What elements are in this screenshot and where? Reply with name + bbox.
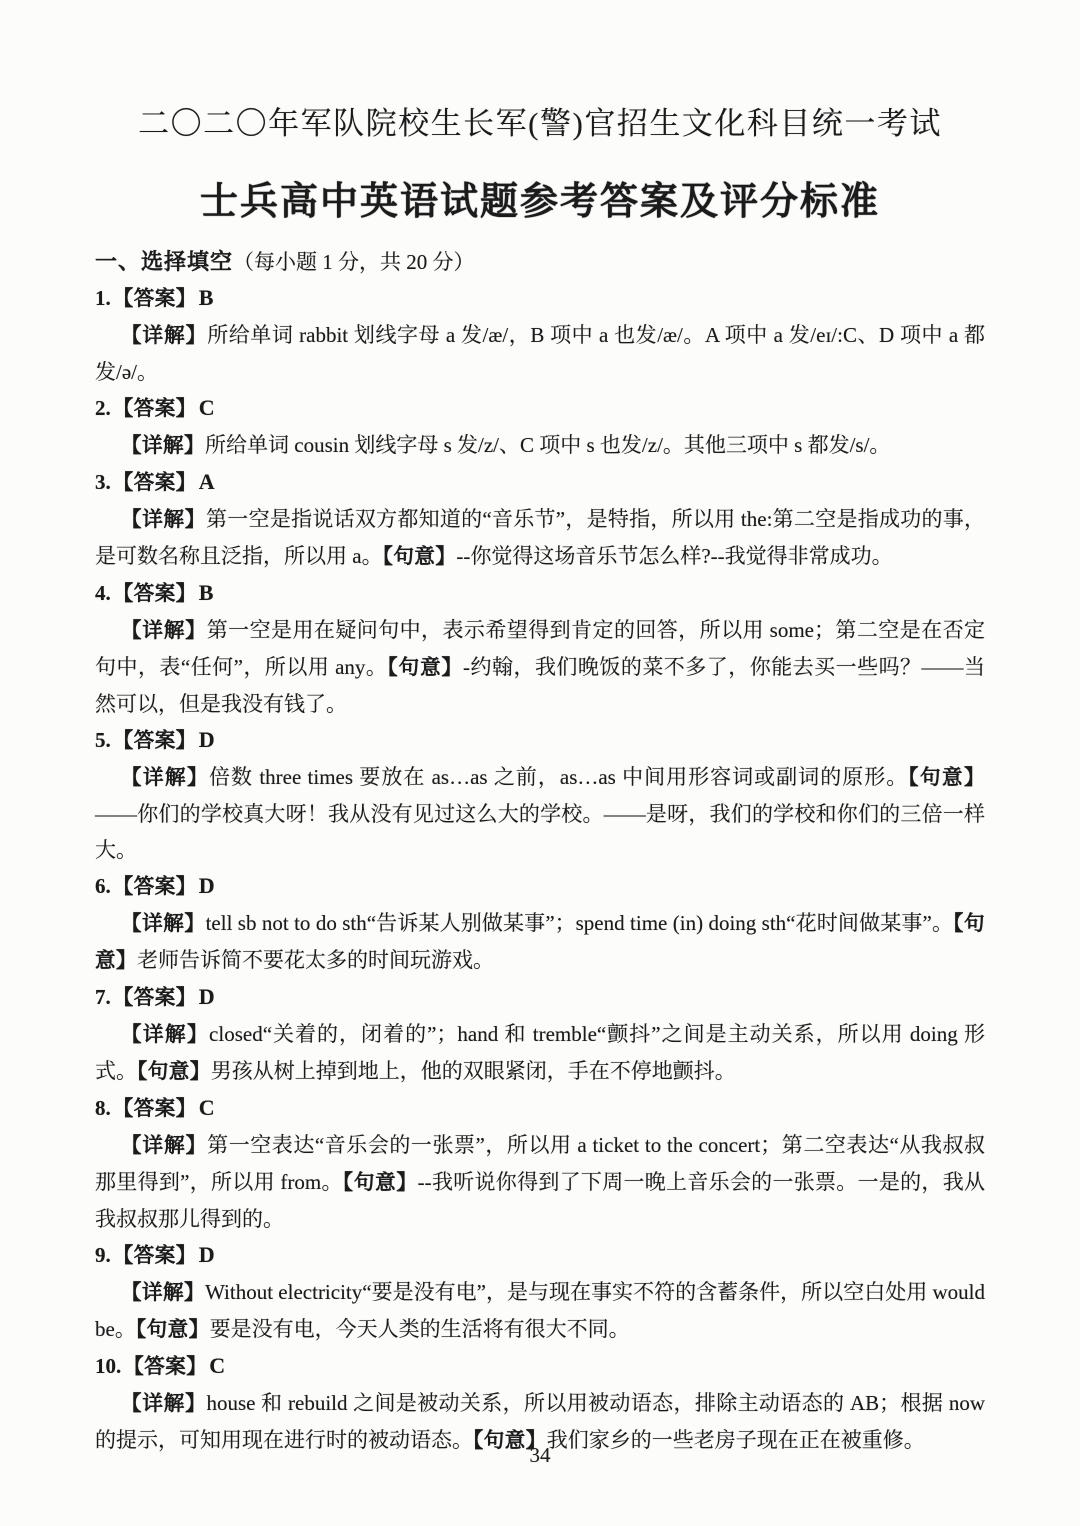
answer-item: 9.【答案】D 【详解】Without electricity“要是没有电”，是… — [95, 1237, 985, 1348]
detail-text: tell sb not to do sth“告诉某人别做某事”；spend ti… — [206, 911, 954, 935]
document-page: 二〇二〇年军队院校生长军(警)官招生文化科目统一考试 士兵高中英语试题参考答案及… — [0, 0, 1080, 1526]
page-number: 34 — [0, 1443, 1080, 1468]
sentence-text: 男孩从树上掉到地上，他的双眼紧闭，手在不停地颤抖。 — [211, 1059, 736, 1083]
detail-label: 【详解】 — [121, 1134, 207, 1157]
answer-line: 6.【答案】D — [95, 868, 985, 905]
answer-label: 【答案】 — [113, 1244, 197, 1267]
answer-number: 3. — [95, 470, 113, 494]
answer-number: 4. — [95, 581, 113, 605]
answer-letter: D — [197, 727, 215, 752]
answer-line: 4.【答案】B — [95, 575, 985, 612]
sentence-label: 【句意】 — [136, 1318, 210, 1341]
answer-number: 8. — [95, 1096, 113, 1120]
detail-label: 【详解】 — [121, 1392, 206, 1415]
sentence-label: 【句意】 — [908, 766, 985, 789]
detail-paragraph: 【详解】closed“关着的，闭着的”；hand 和 tremble“颤抖”之间… — [95, 1016, 985, 1090]
detail-label: 【详解】 — [121, 912, 206, 935]
answer-line: 3.【答案】A — [95, 464, 985, 501]
detail-paragraph: 【详解】第一空表达“音乐会的一张票”，所以用 a ticket to the c… — [95, 1127, 985, 1237]
answer-letter: A — [197, 469, 215, 494]
answer-letter: B — [197, 580, 214, 605]
answer-number: 5. — [95, 728, 113, 752]
answer-letter: B — [197, 285, 214, 310]
section-score-note: （每小题 1 分，共 20 分） — [233, 250, 475, 274]
answer-label: 【答案】 — [113, 471, 197, 494]
answer-label: 【答案】 — [113, 397, 197, 420]
answer-line: 5.【答案】D — [95, 722, 985, 759]
answer-line: 8.【答案】C — [95, 1090, 985, 1127]
sentence-text: ——你们的学校真大呀！我从没有见过这么大的学校。——是呀，我们的学校和你们的三倍… — [95, 802, 985, 862]
answer-line: 2.【答案】C — [95, 390, 985, 427]
answer-item: 8.【答案】C 【详解】第一空表达“音乐会的一张票”，所以用 a ticket … — [95, 1090, 985, 1237]
answer-number: 2. — [95, 396, 113, 420]
detail-label: 【详解】 — [121, 1281, 205, 1304]
sentence-text: 要是没有电，今天人类的生活将有很大不同。 — [210, 1317, 630, 1341]
answer-label: 【答案】 — [123, 1355, 207, 1378]
sentence-label: 【句意】 — [383, 545, 457, 568]
detail-label: 【详解】 — [121, 619, 207, 642]
detail-paragraph: 【详解】所给单词 rabbit 划线字母 a 发/æ/，B 项中 a 也发/æ/… — [95, 317, 985, 390]
answer-label: 【答案】 — [113, 582, 197, 605]
answer-number: 1. — [95, 286, 113, 310]
answer-item: 4.【答案】B 【详解】第一空是用在疑问句中，表示希望得到肯定的回答，所以用 s… — [95, 575, 985, 722]
answer-item: 2.【答案】C 【详解】所给单词 cousin 划线字母 s 发/z/、C 项中… — [95, 390, 985, 464]
detail-paragraph: 【详解】Without electricity“要是没有电”，是与现在事实不符的… — [95, 1274, 985, 1348]
answer-line: 9.【答案】D — [95, 1237, 985, 1274]
answer-item: 3.【答案】A 【详解】第一空是指说话双方都知道的“音乐节”，是特指，所以用 t… — [95, 464, 985, 575]
answer-number: 9. — [95, 1243, 113, 1267]
detail-text: 所给单词 cousin 划线字母 s 发/z/、C 项中 s 也发/z/。其他三… — [205, 433, 890, 457]
answer-line: 1.【答案】B — [95, 280, 985, 317]
sentence-text: 老师告诉简不要花太多的时间玩游戏。 — [137, 948, 494, 972]
answer-letter: D — [197, 984, 215, 1009]
section-heading-title: 一、选择填空 — [95, 249, 233, 274]
answer-letter: D — [197, 873, 215, 898]
sentence-text: --你觉得这场音乐节怎么样?--我觉得非常成功。 — [456, 544, 892, 568]
sentence-label: 【句意】 — [343, 1171, 418, 1194]
detail-paragraph: 【详解】所给单词 cousin 划线字母 s 发/z/、C 项中 s 也发/z/… — [95, 427, 985, 464]
detail-paragraph: 【详解】第一空是指说话双方都知道的“音乐节”，是特指，所以用 the:第二空是指… — [95, 501, 985, 575]
answer-line: 7.【答案】D — [95, 979, 985, 1016]
answer-number: 10. — [95, 1354, 123, 1378]
answer-letter: C — [197, 395, 215, 420]
detail-paragraph: 【详解】tell sb not to do sth“告诉某人别做某事”；spen… — [95, 905, 985, 979]
sentence-label: 【句意】 — [387, 656, 463, 679]
answer-label: 【答案】 — [113, 729, 197, 752]
answer-letter: C — [207, 1353, 225, 1378]
detail-text: 所给单词 rabbit 划线字母 a 发/æ/，B 项中 a 也发/æ/。A 项… — [95, 323, 985, 384]
answer-label: 【答案】 — [113, 287, 197, 310]
doc-subtitle: 士兵高中英语试题参考答案及评分标准 — [95, 178, 985, 227]
answer-item: 7.【答案】D 【详解】closed“关着的，闭着的”；hand 和 tremb… — [95, 979, 985, 1090]
doc-title: 二〇二〇年军队院校生长军(警)官招生文化科目统一考试 — [95, 104, 985, 144]
sentence-label: 【句意】 — [137, 1060, 211, 1083]
detail-paragraph: 【详解】第一空是用在疑问句中，表示希望得到肯定的回答，所以用 some；第二空是… — [95, 612, 985, 722]
answer-item: 5.【答案】D 【详解】倍数 three times 要放在 as…as 之前，… — [95, 722, 985, 868]
detail-text: 倍数 three times 要放在 as…as 之前，as…as 中间用形容词… — [209, 765, 908, 789]
answer-line: 10.【答案】C — [95, 1348, 985, 1385]
detail-label: 【详解】 — [121, 324, 207, 347]
detail-label: 【详解】 — [121, 508, 206, 531]
answer-item: 1.【答案】B 【详解】所给单词 rabbit 划线字母 a 发/æ/，B 项中… — [95, 280, 985, 390]
answer-number: 6. — [95, 874, 113, 898]
answer-number: 7. — [95, 985, 113, 1009]
answer-letter: C — [197, 1095, 215, 1120]
detail-label: 【详解】 — [121, 1023, 209, 1046]
answer-label: 【答案】 — [113, 986, 197, 1009]
detail-label: 【详解】 — [121, 434, 205, 457]
detail-paragraph: 【详解】倍数 three times 要放在 as…as 之前，as…as 中间… — [95, 759, 985, 868]
answer-item: 6.【答案】D 【详解】tell sb not to do sth“告诉某人别做… — [95, 868, 985, 979]
answer-letter: D — [197, 1242, 215, 1267]
section-heading: 一、选择填空（每小题 1 分，共 20 分） — [95, 244, 985, 280]
answer-label: 【答案】 — [113, 1097, 197, 1120]
answer-label: 【答案】 — [113, 875, 197, 898]
detail-label: 【详解】 — [121, 766, 209, 789]
